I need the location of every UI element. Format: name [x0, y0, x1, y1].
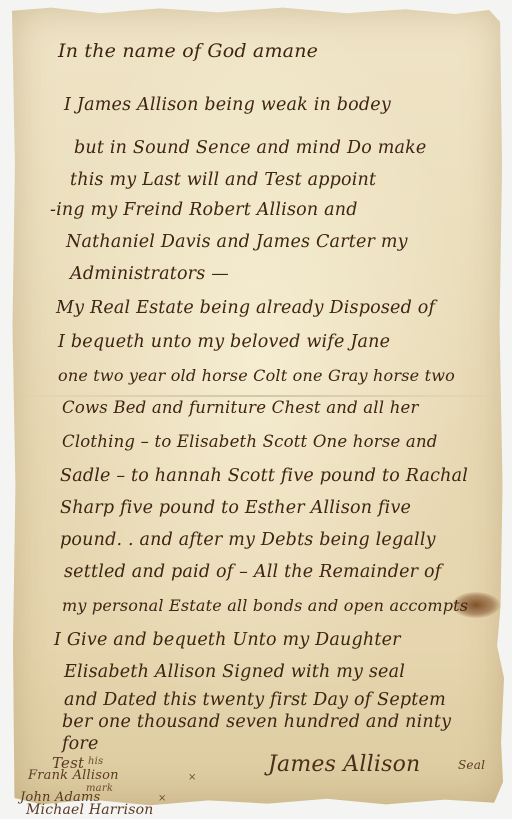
body-line: ber one thousand seven hundred and ninty — [62, 712, 451, 732]
witness-x-mark: × — [158, 793, 167, 804]
body-line: Administrators — — [70, 264, 229, 284]
body-line: settled and paid of – All the Remainder … — [64, 562, 441, 582]
body-line: Clothing – to Elisabeth Scott One horse … — [62, 432, 438, 451]
paper-fold-line — [12, 395, 504, 397]
body-line: -ing my Freind Robert Allison and — [50, 200, 358, 220]
body-line: this my Last will and Test appoint — [70, 170, 376, 190]
body-line: I Give and bequeth Unto my Daughter — [54, 630, 401, 650]
body-line: Nathaniel Davis and James Carter my — [66, 232, 408, 252]
body-line: but in Sound Sence and mind Do make — [74, 138, 426, 158]
seal-flourish: Seal — [458, 758, 485, 772]
testator-signature: James Allison — [268, 752, 420, 777]
body-line: My Real Estate being already Disposed of — [56, 298, 435, 318]
body-line: and Dated this twenty first Day of Septe… — [64, 690, 446, 710]
body-line: I bequeth unto my beloved wife Jane — [58, 332, 390, 352]
body-line: Elisabeth Allison Signed with my seal — [64, 662, 405, 682]
body-line: one two year old horse Colt one Gray hor… — [58, 366, 455, 385]
body-line: Sadle – to hannah Scott five pound to Ra… — [60, 466, 468, 486]
witness-his-label: his — [88, 756, 103, 767]
body-line: Cows Bed and furniture Chest and all her — [62, 398, 419, 417]
witness-signature-frank-allison: Frank Allison — [28, 768, 119, 783]
body-line: pound. . and after my Debts being legall… — [60, 530, 436, 550]
title-line: In the name of God amane — [58, 40, 318, 62]
witness-x-mark: × — [188, 772, 197, 783]
body-line: my personal Estate all bonds and open ac… — [62, 596, 468, 615]
witness-signature-michael-harrison: Michael Harrison — [26, 802, 153, 818]
body-line: fore — [62, 734, 99, 754]
body-line: I James Allison being weak in bodey — [64, 95, 391, 115]
body-line: Sharp five pound to Esther Allison five — [60, 498, 411, 518]
